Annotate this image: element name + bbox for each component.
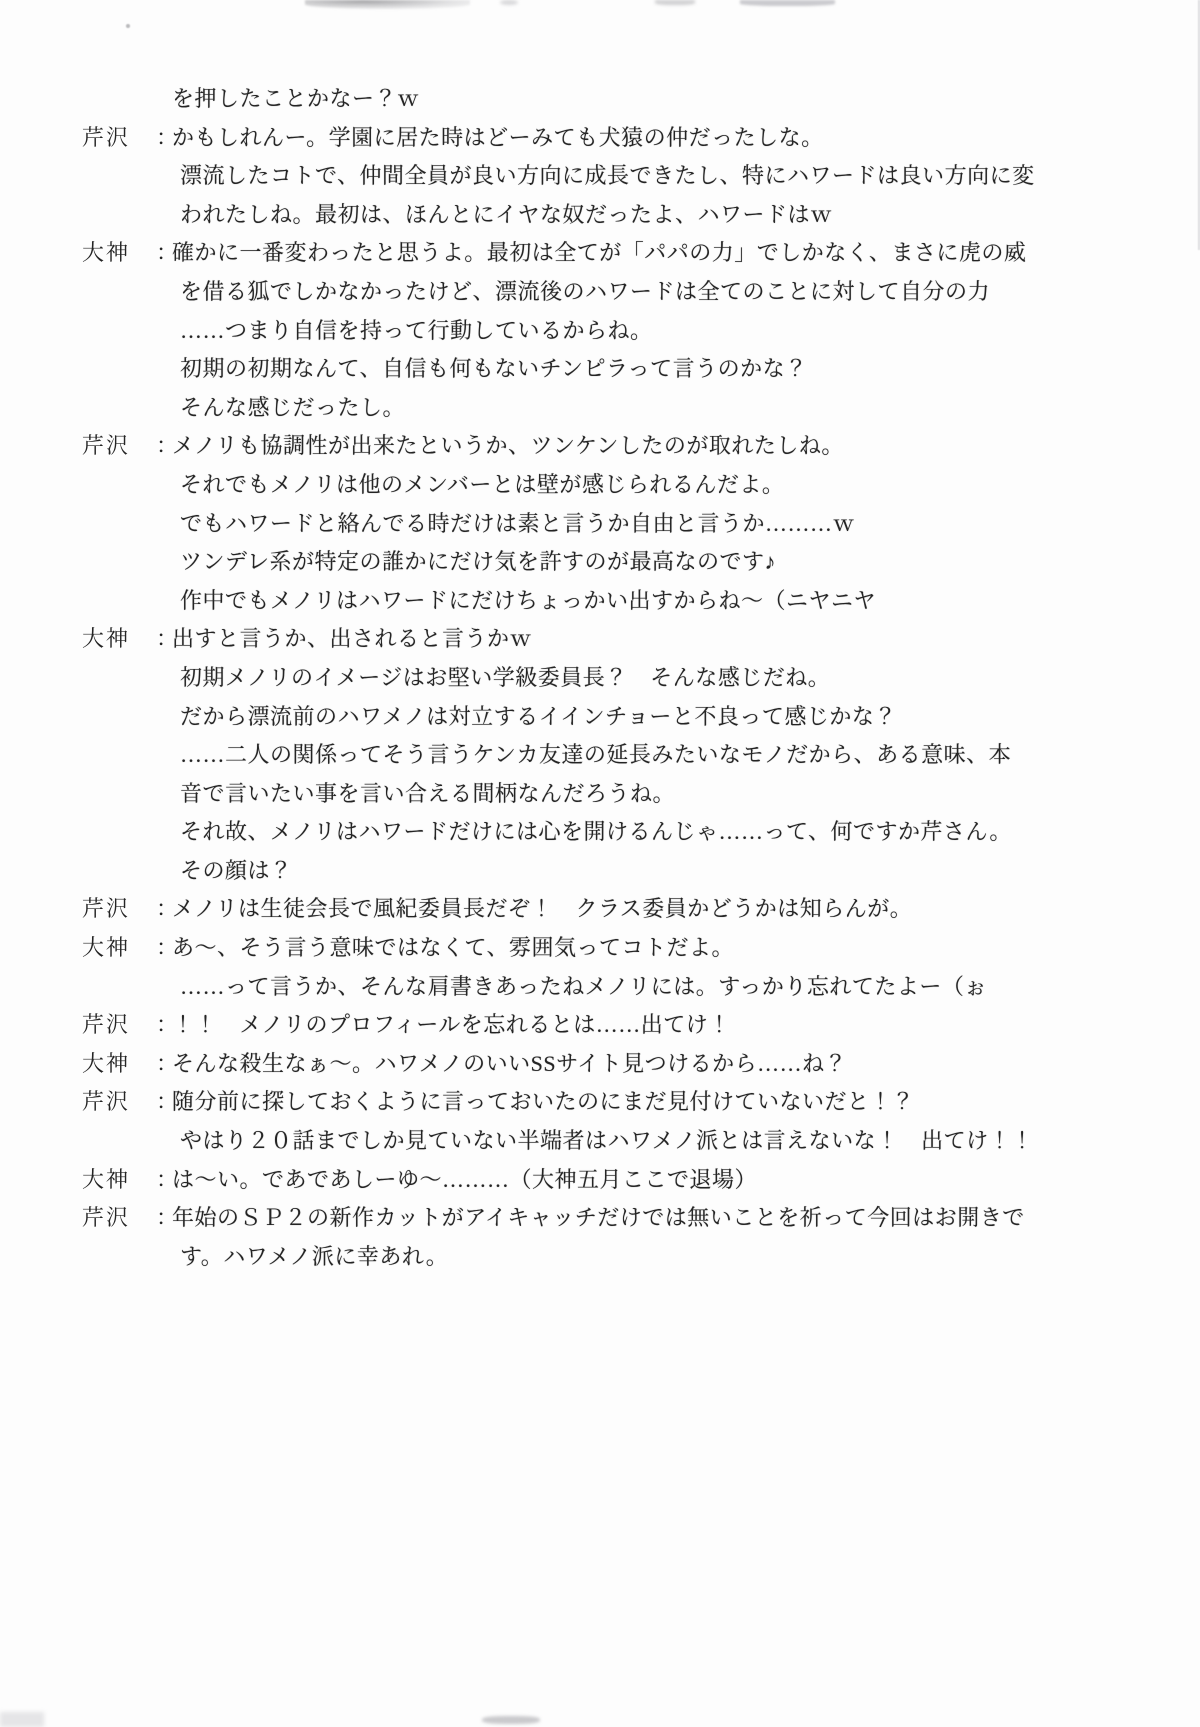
dialogue-line: ツンデレ系が特定の誰かにだけ気を許すのが最高なのです♪ [180,543,1200,582]
dialogue-lines: メノリは生徒会長で風紀委員長だぞ！ クラス委員かどうかは知らんが。 [172,890,1200,929]
speaker-colon: ： [156,1161,178,1200]
dialogue-line: ……二人の関係ってそう言うケンカ友達の延長みたいなモノだから、ある意味、本 [180,736,1200,775]
speaker-colon: ： [156,1006,178,1045]
dialogue-entry: 大神 ： あ〜、そう言う意味ではなくて、雰囲気ってコトだよ。……って言うか、そん… [0,929,1200,1006]
dialogue-line: 出すと言うか、出されると言うかｗ [172,620,1200,659]
dialogue-entry: 大神 ： 確かに一番変わったと思うよ。最初は全てが「パパの力」でしかなく、まさに… [0,234,1200,427]
dialogue-lines: 年始のＳＰ２の新作カットがアイキャッチだけでは無いことを祈って今回はお開きです。… [172,1199,1200,1276]
dialogue-lines: あ〜、そう言う意味ではなくて、雰囲気ってコトだよ。……って言うか、そんな肩書きあ… [172,929,1200,1006]
dialogue-line: だから漂流前のハワメノは対立するイインチョーと不良って感じかな？ [180,698,1200,737]
scan-smudge-top [500,0,518,5]
dialogue-line: を借る狐でしかなかったけど、漂流後のハワードは全てのことに対して自分の力 [180,273,1200,312]
speaker-colon: ： [156,234,178,273]
dialogue-line: われたしね。最初は、ほんとにイヤな奴だったよ、ハワードはｗ [180,196,1200,235]
dialogue-line: それ故、メノリはハワードだけには心を開けるんじゃ……って、何ですか芹さん。 [180,813,1200,852]
speaker-colon: ： [156,1199,178,1238]
dialogue-line: 漂流したコトで、仲間全員が良い方向に成長できたし、特にハワードは良い方向に変 [180,157,1200,196]
dialogue-lines: ！！ メノリのプロフィールを忘れるとは……出てけ！ [172,1006,1200,1045]
scan-smudge-bottom [482,1716,540,1724]
scan-smudge-top [740,0,835,6]
dialogue-entry: 芹沢 ： ！！ メノリのプロフィールを忘れるとは……出てけ！ [0,1006,1200,1045]
speaker-colon: ： [156,119,178,158]
dialogue-entry: 芹沢 ： メノリは生徒会長で風紀委員長だぞ！ クラス委員かどうかは知らんが。 [0,890,1200,929]
speaker-colon: ： [156,1083,178,1122]
speaker-colon: ： [156,890,178,929]
dialogue-line: あ〜、そう言う意味ではなくて、雰囲気ってコトだよ。 [172,929,1200,968]
dialogue-entry: 芹沢 ： 随分前に探しておくように言っておいたのにまだ見付けていないだと！？やは… [0,1083,1200,1160]
dialogue-entry: 芹沢 ： かもしれんー。学園に居た時はどーみても犬猿の仲だったしな。漂流したコト… [0,119,1200,235]
dialogue-line: ……つまり自信を持って行動しているからね。 [180,312,1200,351]
dialogue-lines: を押したことかなー？ｗ [172,80,1200,119]
dialogue-entry: 芹沢 ： 年始のＳＰ２の新作カットがアイキャッチだけでは無いことを祈って今回はお… [0,1199,1200,1276]
dialogue-line: そんな殺生なぁ〜。ハワメノのいいSSサイト見つけるから……ね？ [172,1045,1200,1084]
speaker-label: 芹沢 [82,119,130,158]
speaker-label: 芹沢 [82,1199,130,1238]
speaker-label: 芹沢 [82,1006,130,1045]
speaker-colon: ： [156,929,178,968]
speaker-label: 芹沢 [82,890,130,929]
speaker-label: 大神 [82,1045,130,1084]
dialogue-line: メノリは生徒会長で風紀委員長だぞ！ クラス委員かどうかは知らんが。 [172,890,1200,929]
dialogue-line: やはり２０話までしか見ていない半端者はハワメノ派とは言えないな！ 出てけ！！ [180,1122,1200,1161]
speaker-colon: ： [156,620,178,659]
scan-smudge-corner [0,1712,44,1727]
scan-speck [126,24,130,28]
speaker-label: 大神 [82,620,130,659]
speaker-label: 大神 [82,929,130,968]
dialogue-line: メノリも協調性が出来たというか、ツンケンしたのが取れたしね。 [172,427,1200,466]
speaker-colon: ： [156,427,178,466]
dialogue-lines: メノリも協調性が出来たというか、ツンケンしたのが取れたしね。それでもメノリは他の… [172,427,1200,620]
dialogue-lines: 確かに一番変わったと思うよ。最初は全てが「パパの力」でしかなく、まさに虎の威を借… [172,234,1200,427]
dialogue-line: す。ハワメノ派に幸あれ。 [180,1238,1200,1277]
dialogue-line: かもしれんー。学園に居た時はどーみても犬猿の仲だったしな。 [172,119,1200,158]
speaker-label: 芹沢 [82,427,130,466]
dialogue-lines: かもしれんー。学園に居た時はどーみても犬猿の仲だったしな。漂流したコトで、仲間全… [172,119,1200,235]
dialogue-entry: 大神 ： は〜い。であであしーゆ〜………（大神五月ここで退場） [0,1161,1200,1200]
speaker-colon: ： [156,1045,178,1084]
dialogue-line: 初期の初期なんて、自信も何もないチンピラって言うのかな？ [180,350,1200,389]
dialogue-line: でもハワードと絡んでる時だけは素と言うか自由と言うか………ｗ [180,505,1200,544]
speaker-label: 大神 [82,234,130,273]
dialogue-line: 随分前に探しておくように言っておいたのにまだ見付けていないだと！？ [172,1083,1200,1122]
dialogue-line: 作中でもメノリはハワードにだけちょっかい出すからね〜（ニヤニヤ [180,582,1200,621]
speaker-label: 芹沢 [82,1083,130,1122]
dialogue-entry: 大神 ： そんな殺生なぁ〜。ハワメノのいいSSサイト見つけるから……ね？ [0,1045,1200,1084]
dialogue-entry: ： を押したことかなー？ｗ [0,80,1200,119]
dialogue-line: 確かに一番変わったと思うよ。最初は全てが「パパの力」でしかなく、まさに虎の威 [172,234,1200,273]
dialogue-lines: は〜い。であであしーゆ〜………（大神五月ここで退場） [172,1161,1200,1200]
dialogue-line: ！！ メノリのプロフィールを忘れるとは……出てけ！ [172,1006,1200,1045]
speaker-label: 大神 [82,1161,130,1200]
dialogue-line: ……って言うか、そんな肩書きあったねメノリには。すっかり忘れてたよー（ぉ [180,968,1200,1007]
dialogue-line: 音で言いたい事を言い合える間柄なんだろうね。 [180,775,1200,814]
scan-smudge-top [655,0,695,5]
dialogue-line: 年始のＳＰ２の新作カットがアイキャッチだけでは無いことを祈って今回はお開きで [172,1199,1200,1238]
dialogue-line: 初期メノリのイメージはお堅い学級委員長？ そんな感じだね。 [180,659,1200,698]
dialogue-line: そんな感じだったし。 [180,389,1200,428]
scanned-document-page: ： を押したことかなー？ｗ 芹沢 ： かもしれんー。学園に居た時はどーみても犬猿… [0,0,1200,1727]
dialogue-line: は〜い。であであしーゆ〜………（大神五月ここで退場） [172,1161,1200,1200]
dialogue-lines: そんな殺生なぁ〜。ハワメノのいいSSサイト見つけるから……ね？ [172,1045,1200,1084]
dialogue-lines: 随分前に探しておくように言っておいたのにまだ見付けていないだと！？やはり２０話ま… [172,1083,1200,1160]
dialogue-entry: 大神 ： 出すと言うか、出されると言うかｗ初期メノリのイメージはお堅い学級委員長… [0,620,1200,890]
dialogue-line: その顔は？ [180,852,1200,891]
scan-smudge-top [305,0,470,9]
dialogue-line: を押したことかなー？ｗ [172,80,1200,119]
dialogue-line: それでもメノリは他のメンバーとは壁が感じられるんだよ。 [180,466,1200,505]
dialogue-transcript: ： を押したことかなー？ｗ 芹沢 ： かもしれんー。学園に居た時はどーみても犬猿… [0,80,1200,1276]
dialogue-entry: 芹沢 ： メノリも協調性が出来たというか、ツンケンしたのが取れたしね。それでもメ… [0,427,1200,620]
dialogue-lines: 出すと言うか、出されると言うかｗ初期メノリのイメージはお堅い学級委員長？ そんな… [172,620,1200,890]
